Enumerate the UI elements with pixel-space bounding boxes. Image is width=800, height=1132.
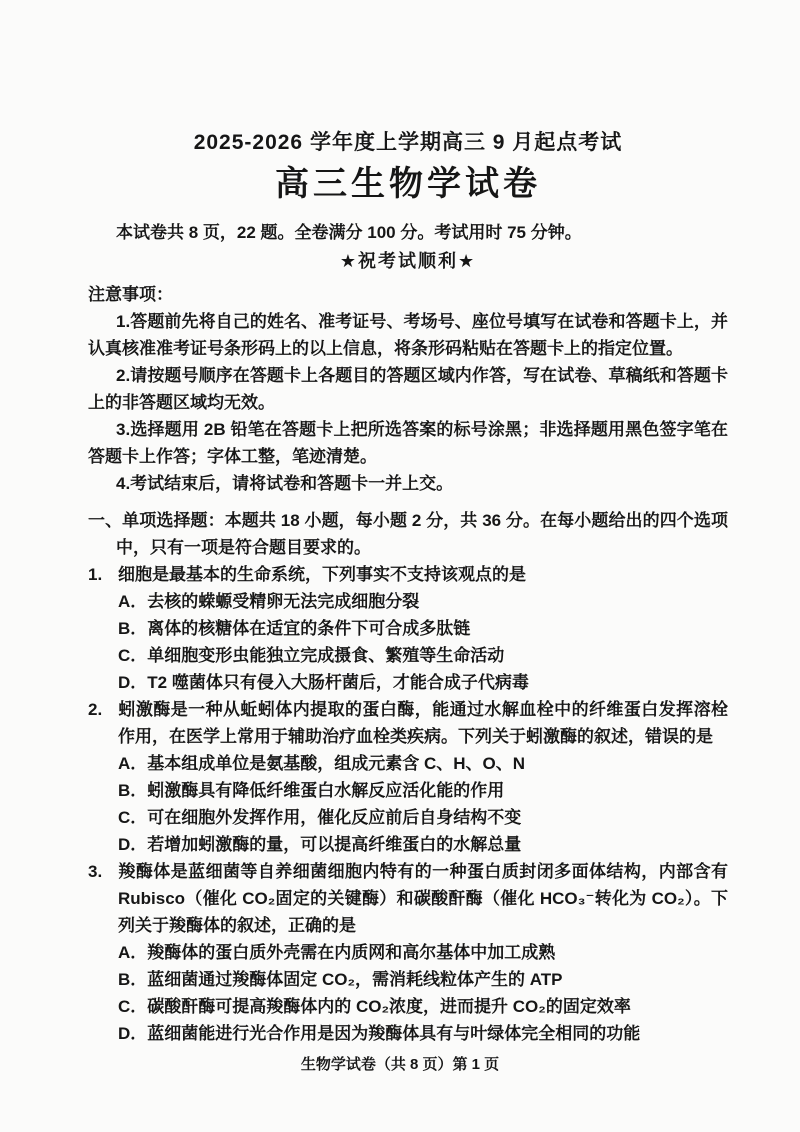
notice-item-3: 3.选择题用 2B 铅笔在答题卡上把所选答案的标号涂黑；非选择题用黑色签字笔在答… — [88, 416, 728, 470]
question-1-stem: 1.细胞是最基本的生命系统，下列事实不支持该观点的是 — [88, 561, 728, 588]
question-3-option-b: B．蓝细菌通过羧酶体固定 CO₂，需消耗线粒体产生的 ATP — [118, 966, 728, 993]
question-2-number: 2. — [88, 696, 118, 723]
section-one-heading: 一、单项选择题：本题共 18 小题，每小题 2 分，共 36 分。在每小题给出的… — [88, 507, 728, 561]
good-luck-banner: ★祝考试顺利★ — [88, 248, 728, 274]
question-2: 2.蚓激酶是一种从蚯蚓体内提取的蛋白酶，能通过水解血栓中的纤维蛋白发挥溶栓作用，… — [88, 696, 728, 858]
exam-paper-body: 2025-2026 学年度上学期高三 9 月起点考试 高三生物学试卷 本试卷共 … — [0, 0, 800, 1047]
question-2-text: 蚓激酶是一种从蚯蚓体内提取的蛋白酶，能通过水解血栓中的纤维蛋白发挥溶栓作用，在医… — [118, 700, 728, 746]
question-1-option-c: C．单细胞变形虫能独立完成摄食、繁殖等生命活动 — [118, 642, 728, 669]
question-2-option-c: C．可在细胞外发挥作用，催化反应前后自身结构不变 — [118, 804, 728, 831]
exam-paper-page: { "page": { "header_title": "2025-2026 学… — [0, 0, 800, 1132]
question-2-option-d: D．若增加蚓激酶的量，可以提高纤维蛋白的水解总量 — [118, 831, 728, 858]
notice-item-2: 2.请按题号顺序在答题卡上各题目的答题区域内作答，写在试卷、草稿纸和答题卡上的非… — [88, 362, 728, 416]
question-2-stem: 2.蚓激酶是一种从蚯蚓体内提取的蛋白酶，能通过水解血栓中的纤维蛋白发挥溶栓作用，… — [88, 696, 728, 750]
notice-heading: 注意事项： — [88, 281, 728, 308]
question-1-text: 细胞是最基本的生命系统，下列事实不支持该观点的是 — [118, 565, 526, 584]
exam-session-title: 2025-2026 学年度上学期高三 9 月起点考试 — [88, 130, 728, 156]
question-1: 1.细胞是最基本的生命系统，下列事实不支持该观点的是 A．去核的蝾螈受精卵无法完… — [88, 561, 728, 696]
paper-info-line: 本试卷共 8 页，22 题。全卷满分 100 分。考试用时 75 分钟。 — [88, 221, 728, 245]
question-2-option-b: B．蚓激酶具有降低纤维蛋白水解反应活化能的作用 — [118, 777, 728, 804]
question-1-option-a: A．去核的蝾螈受精卵无法完成细胞分裂 — [118, 588, 728, 615]
question-3: 3.羧酶体是蓝细菌等自养细菌细胞内特有的一种蛋白质封闭多面体结构，内部含有 Ru… — [88, 858, 728, 1047]
question-1-option-b: B．离体的核糖体在适宜的条件下可合成多肽链 — [118, 615, 728, 642]
question-3-option-c: C．碳酸酐酶可提高羧酶体内的 CO₂浓度，进而提升 CO₂的固定效率 — [118, 993, 728, 1020]
question-3-text: 羧酶体是蓝细菌等自养细菌细胞内特有的一种蛋白质封闭多面体结构，内部含有 Rubi… — [118, 862, 728, 935]
question-2-option-a: A．基本组成单位是氨基酸，组成元素含 C、H、O、N — [118, 750, 728, 777]
exam-paper-title: 高三生物学试卷 — [88, 162, 728, 206]
question-3-option-d: D．蓝细菌能进行光合作用是因为羧酶体具有与叶绿体完全相同的功能 — [118, 1020, 728, 1047]
question-1-number: 1. — [88, 561, 118, 588]
page-footer: 生物学试卷（共 8 页）第 1 页 — [0, 1054, 800, 1076]
notice-item-1: 1.答题前先将自己的姓名、准考证号、考场号、座位号填写在试卷和答题卡上，并认真核… — [88, 308, 728, 362]
question-1-option-d: D．T2 噬菌体只有侵入大肠杆菌后，才能合成子代病毒 — [118, 669, 728, 696]
question-3-number: 3. — [88, 858, 118, 885]
question-3-option-a: A．羧酶体的蛋白质外壳需在内质网和高尔基体中加工成熟 — [118, 939, 728, 966]
question-3-stem: 3.羧酶体是蓝细菌等自养细菌细胞内特有的一种蛋白质封闭多面体结构，内部含有 Ru… — [88, 858, 728, 939]
notice-item-4: 4.考试结束后，请将试卷和答题卡一并上交。 — [88, 470, 728, 497]
